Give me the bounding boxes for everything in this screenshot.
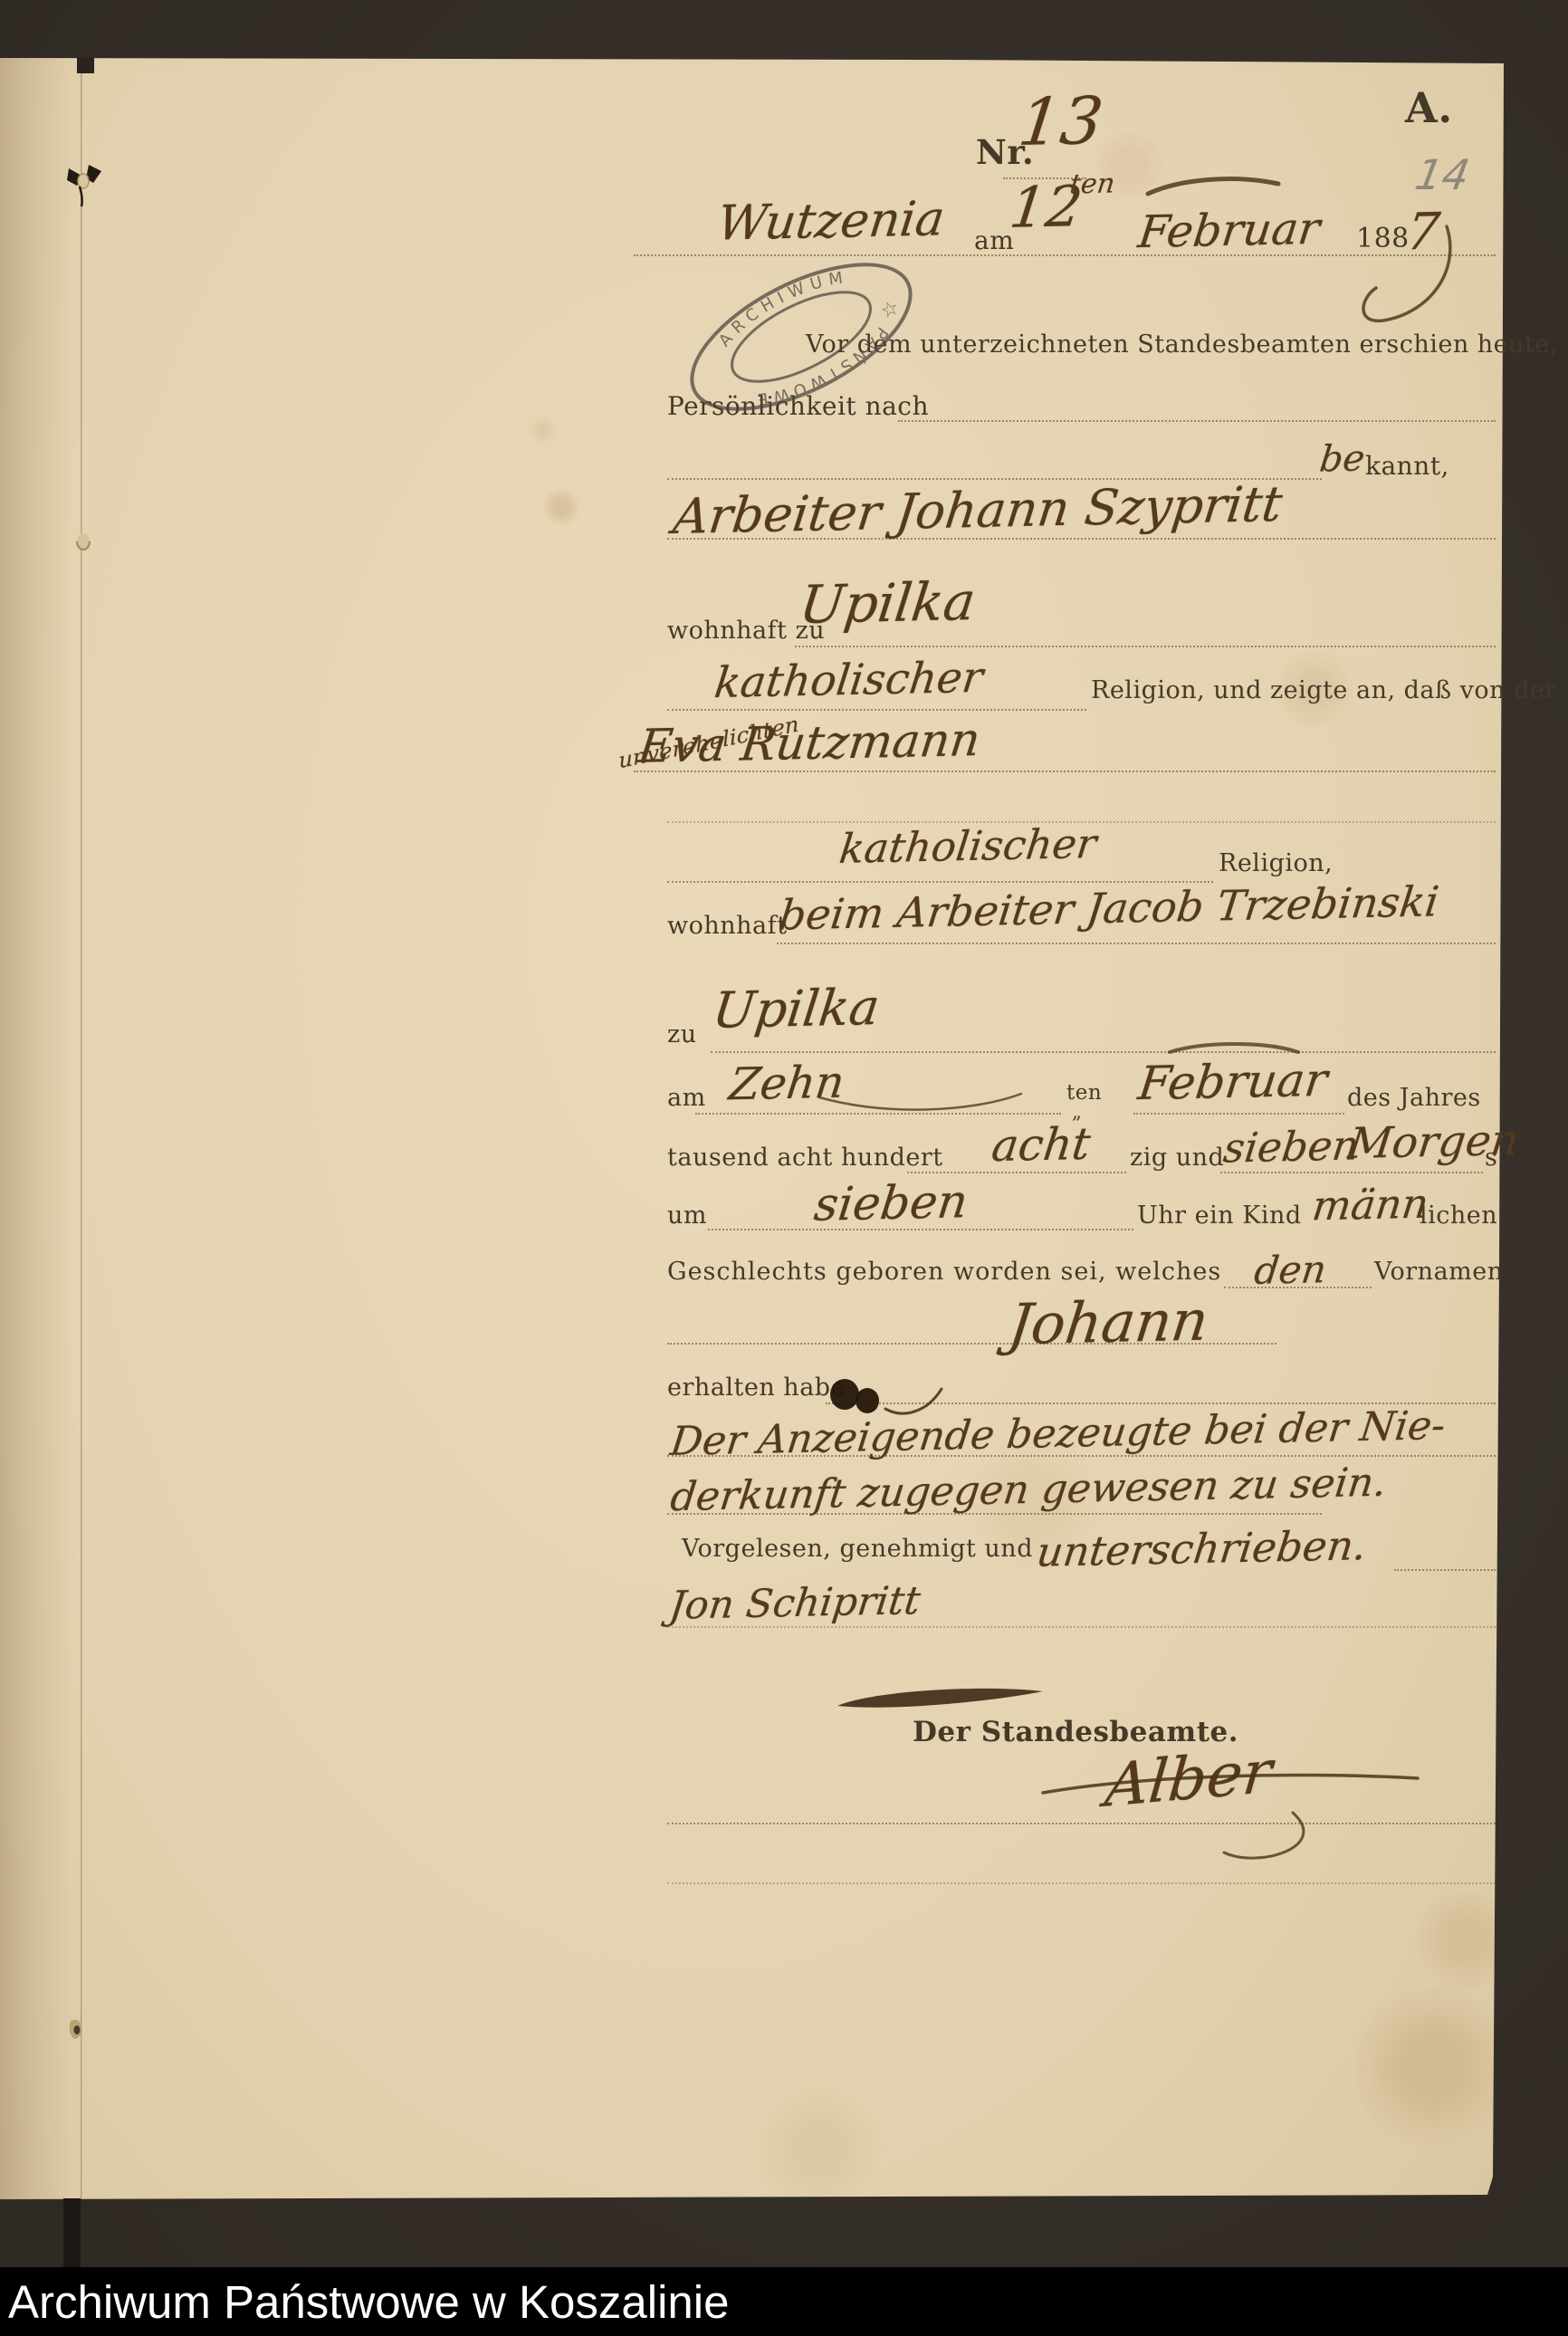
den-hand: den (1252, 1247, 1329, 1293)
binding-notch-bottom (63, 2198, 81, 2267)
intro-line: Vor dem unterzeichneten Standesbeamten e… (806, 330, 1568, 359)
reg-place-hand: Wutzenia (714, 191, 948, 251)
um-label: um (667, 1202, 707, 1230)
wohnhaft-label: wohnhaft (667, 912, 787, 940)
erhalten-label: erhalten habe (667, 1374, 846, 1402)
zig-und-label: zig und (1130, 1144, 1224, 1172)
reg-year-written-hand: 7 (1403, 203, 1443, 263)
gender-hand: männ (1310, 1180, 1431, 1230)
declarant-residence-hand: Upilka (797, 570, 979, 636)
birth-hour-hand: sieben (811, 1175, 970, 1232)
vornamen-label: Vornamen (1374, 1258, 1504, 1286)
ruled-line (795, 646, 1496, 647)
binding-gutter-shadow (0, 58, 87, 2199)
ruled-line (1394, 1569, 1496, 1571)
birth-place-hand: Upilka (710, 978, 883, 1039)
child-name-hand: Johann (1005, 1288, 1211, 1358)
birth-day-hand: Zehn (726, 1057, 846, 1111)
uhr-kind-label: Uhr ein Kind (1137, 1202, 1302, 1230)
daytime-hand: Morgen (1345, 1115, 1521, 1169)
ruled-line (711, 1051, 1496, 1053)
pencil-page-number: 14 (1411, 150, 1473, 199)
reg-month-hand: Februar (1135, 203, 1323, 258)
ruled-line (907, 1172, 1126, 1173)
religion1-label: Religion, und zeigte an, daß von der (1091, 676, 1557, 704)
ruled-line (1133, 1113, 1344, 1115)
ruled-line (777, 943, 1496, 944)
decade-hand: acht (989, 1118, 1093, 1172)
corner-letter: A. (1405, 83, 1453, 132)
mother-name-hand: Eva Rutzmann (636, 713, 983, 774)
religion2-hand: katholischer (837, 819, 1099, 873)
year-unit-hand: sieben (1221, 1121, 1362, 1172)
binding-notch-top (77, 58, 94, 73)
birth-month-hand: Februar (1135, 1054, 1330, 1111)
binding-crease (81, 58, 83, 2199)
reg-day-suffix-hand: ten (1068, 168, 1116, 200)
unterschrieben-hand: unterschrieben. (1034, 1521, 1369, 1576)
ruled-line (667, 1823, 1496, 1824)
scanned-register-page: A. Nr. am 188 Vor dem unterzeichneten St… (0, 0, 1568, 2336)
declarant-signature: Jon Schipritt (667, 1578, 923, 1629)
archive-caption-bar: Archiwum Państwowe w Koszalinie (0, 2267, 1568, 2336)
ruled-line (1220, 1172, 1483, 1173)
zu-label: zu (667, 1020, 697, 1048)
ruled-line (667, 1882, 1496, 1884)
des-jahres-label: des Jahres (1347, 1084, 1481, 1112)
vorgelesen-label: Vorgelesen, genehmigt und (682, 1535, 1033, 1563)
am2-label: am (667, 1084, 706, 1112)
be-hand: be (1317, 437, 1367, 480)
ruled-line (634, 254, 1496, 256)
ruled-line (667, 709, 1086, 711)
nr-value-hand: 13 (1015, 82, 1107, 160)
ruled-line (667, 1626, 1496, 1628)
archive-name: Archiwum Państwowe w Koszalinie (8, 2275, 729, 2329)
year-printed: 188 (1356, 223, 1410, 254)
persoenlichkeit-label: Persönlichkeit nach (667, 391, 929, 421)
religion1-hand: katholischer (712, 653, 985, 708)
tausend-label: tausend acht hundert (667, 1144, 943, 1172)
ruled-line (695, 1113, 1061, 1115)
geschlechts-label: Geschlechts geboren worden sei, welches (667, 1258, 1221, 1286)
kannt-label: kannt, (1365, 451, 1449, 481)
ruled-line (898, 420, 1496, 422)
religion2-label: Religion, (1219, 849, 1333, 877)
lichen-label: lichen (1420, 1202, 1497, 1230)
